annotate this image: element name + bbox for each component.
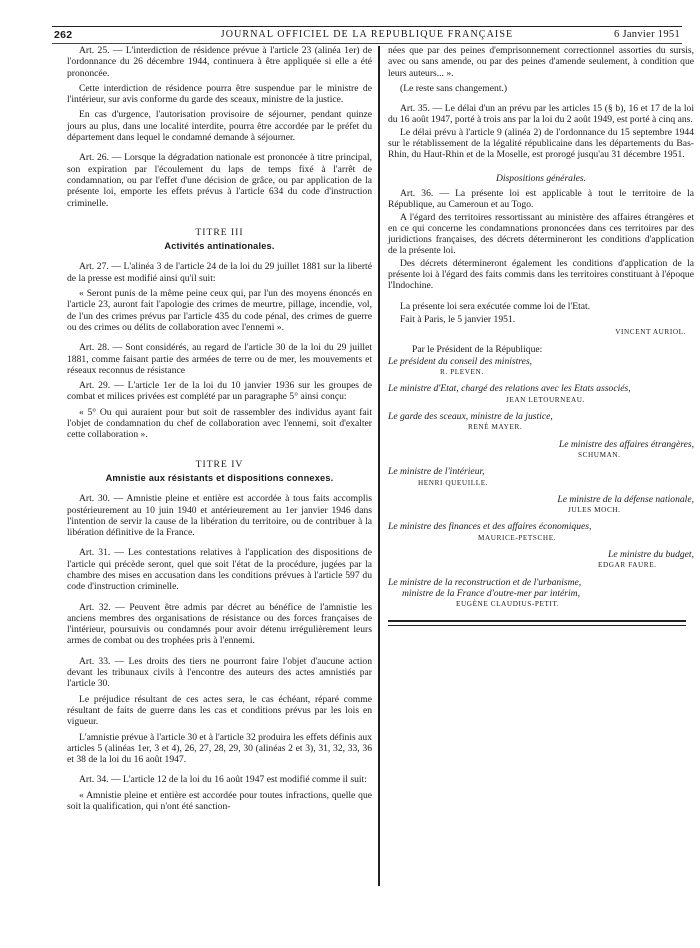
- titre-3-heading: TITRE III: [67, 227, 372, 238]
- signature-block: VINCENT AURIOL. Par le Président de la R…: [388, 327, 694, 610]
- page-header: 262 JOURNAL OFFICIEL DE LA REPUBLIQUE FR…: [52, 26, 682, 44]
- signature-title: Le ministre des finances et des affaires…: [388, 521, 694, 532]
- journal-title: JOURNAL OFFICIEL DE LA REPUBLIQUE FRANÇA…: [52, 29, 682, 40]
- titre-3-subtitle: Activités antinationales.: [67, 241, 372, 252]
- left-column: Art. 25. — L'interdiction de résidence p…: [67, 45, 372, 816]
- art29-para1: Art. 29. — L'article 1er de la loi du 10…: [67, 380, 372, 403]
- titre-4-heading: TITRE IV: [67, 459, 372, 470]
- signature-name: JULES MOCH.: [388, 505, 694, 516]
- art35-para2: Le délai prévu à l'article 9 (alinéa 2) …: [388, 127, 694, 161]
- art27-para2: « Seront punis de la même peine ceux qui…: [67, 288, 372, 333]
- art25-para1: Art. 25. — L'interdiction de résidence p…: [67, 45, 372, 79]
- signature-title: Le garde des sceaux, ministre de la just…: [388, 411, 694, 422]
- art30: Art. 30. — Amnistie pleine et entière es…: [67, 493, 372, 538]
- art34-para1: Art. 34. — L'article 12 de la loi du 16 …: [67, 774, 372, 785]
- closing-execution: La présente loi sera exécutée comme loi …: [388, 301, 694, 312]
- column-divider: [378, 46, 380, 886]
- art25-para3: En cas d'urgence, l'autorisation proviso…: [67, 109, 372, 143]
- signature-name: EDGAR FAURE.: [388, 560, 694, 571]
- closing-fait-a-paris: Fait à Paris, le 5 janvier 1951.: [388, 314, 694, 325]
- art34-reste: (Le reste sans changement.): [388, 83, 694, 94]
- signature-title: Le ministre de la reconstruction et de l…: [388, 577, 694, 588]
- art25-para2: Cette interdiction de résidence pourra ê…: [67, 83, 372, 106]
- art35-para1: Art. 35. — Le délai d'un an prévu par le…: [388, 103, 694, 126]
- signature-title: Le président du conseil des ministres,: [388, 356, 694, 367]
- art27-para1: Art. 27. — L'alinéa 3 de l'article 24 de…: [67, 261, 372, 284]
- art36-para1: Art. 36. — La présente loi est applicabl…: [388, 188, 694, 211]
- signature-name: RENÉ MAYER.: [388, 422, 694, 433]
- signature-name: MAURICE-PETSCHE.: [388, 533, 694, 544]
- art34-para2: « Amnistie pleine et entière est accordé…: [67, 790, 372, 813]
- art33-para2: Le préjudice résultant de ces actes sera…: [67, 694, 372, 728]
- art33-para1: Art. 33. — Les droits des tiers ne pourr…: [67, 656, 372, 690]
- journal-page: 262 JOURNAL OFFICIEL DE LA REPUBLIQUE FR…: [0, 0, 700, 948]
- signature-name: HENRI QUEUILLE.: [388, 478, 694, 489]
- par-le-president: Par le Président de la République:: [388, 344, 694, 355]
- art33-para3: L'amnistie prévue à l'article 30 et à l'…: [67, 732, 372, 766]
- signature-name: JEAN LETOURNEAU.: [388, 395, 694, 406]
- titre-4-subtitle: Amnistie aux résistants et dispositions …: [67, 473, 372, 484]
- signature-title: Le ministre d'Etat, chargé des relations…: [388, 383, 694, 394]
- dispositions-generales-heading: Dispositions générales.: [388, 173, 694, 184]
- signature-title: Le ministre des affaires étrangères,: [388, 439, 694, 450]
- publication-date: 6 Janvier 1951: [614, 29, 680, 40]
- signature-title: Le ministre de l'intérieur,: [388, 466, 694, 477]
- signature-title: Le ministre de la défense nationale,: [388, 494, 694, 505]
- president-signature: VINCENT AURIOL.: [388, 327, 686, 338]
- signature-title: Le ministre du budget,: [388, 549, 694, 560]
- signature-name: R. PLEVEN.: [388, 367, 694, 378]
- art36-para2: A l'égard des territoires ressortissant …: [388, 212, 694, 257]
- art26: Art. 26. — Lorsque la dégradation nation…: [67, 152, 372, 208]
- art31: Art. 31. — Les contestations relatives à…: [67, 547, 372, 592]
- right-column: nées que par des peines d'emprisonnement…: [388, 45, 694, 626]
- art29-para2: « 5° Ou qui auraient pour but soit de ra…: [67, 407, 372, 441]
- art36-para3: Des décrets détermineront également les …: [388, 258, 694, 292]
- signature-title-line2: ministre de la France d'outre-mer par in…: [388, 588, 694, 599]
- signature-name: EUGÈNE CLAUDIUS-PETIT.: [388, 599, 694, 610]
- art34-continuation: nées que par des peines d'emprisonnement…: [388, 45, 694, 79]
- art28: Art. 28. — Sont considérés, au regard de…: [67, 342, 372, 376]
- end-of-law-double-rule: [388, 620, 686, 626]
- signature-name: SCHUMAN.: [388, 450, 694, 461]
- art32: Art. 32. — Peuvent être admis par décret…: [67, 602, 372, 647]
